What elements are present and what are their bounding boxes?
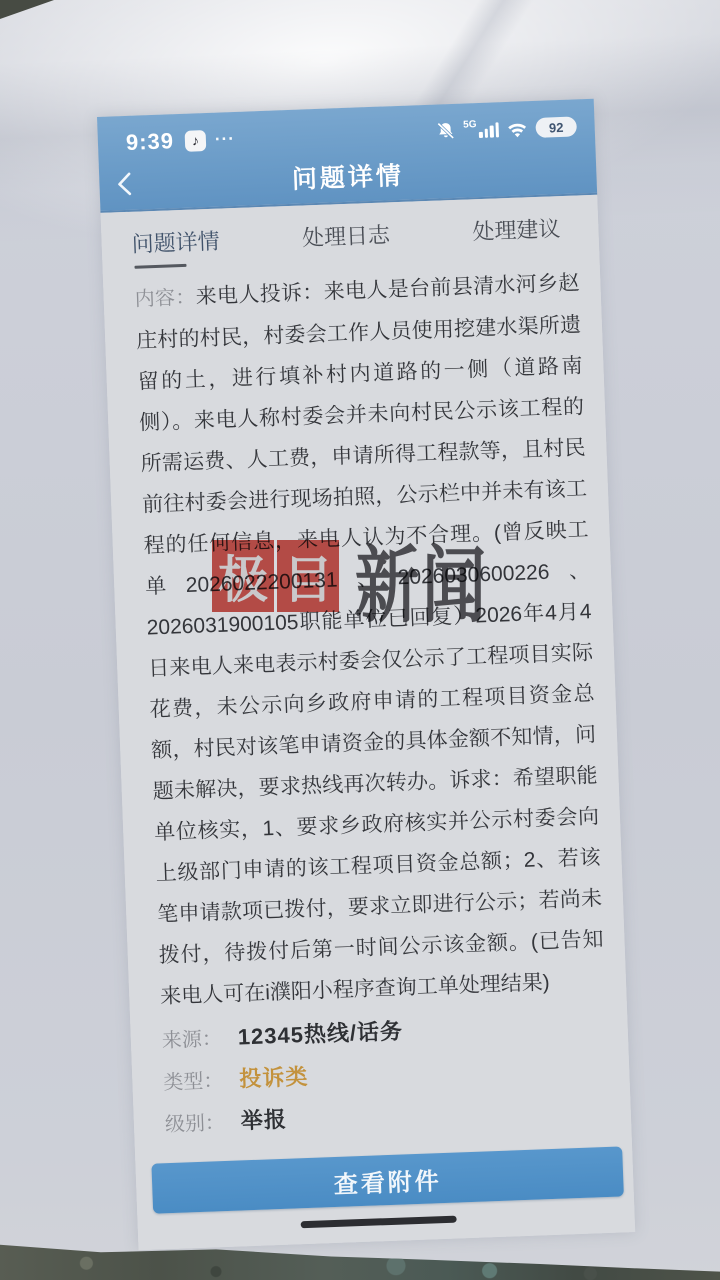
tab-label: 处理建议 [472, 216, 561, 244]
source-label: 来源： [161, 1021, 238, 1053]
meta-fields: 来源： 12345热线/话务 类型： 投诉类 级别： 举报 [130, 1000, 632, 1150]
phone-screenshot: 9:39 ♪ ··· 5G [97, 99, 635, 1250]
douyin-app-icon: ♪ [185, 130, 207, 152]
signal-bars [478, 122, 499, 138]
network-type-label: 5G [463, 119, 477, 130]
wifi-icon [505, 119, 529, 139]
tab-process-log[interactable]: 处理日志 [301, 218, 390, 262]
back-button[interactable] [115, 170, 138, 199]
battery-indicator: 92 [535, 116, 577, 137]
photo-corner-background [0, 0, 54, 19]
tab-label: 问题详情 [131, 229, 220, 257]
tab-problem-detail[interactable]: 问题详情 [131, 225, 220, 269]
home-indicator-bar[interactable] [300, 1216, 456, 1229]
tab-label: 处理日志 [302, 222, 391, 250]
back-chevron-icon [115, 171, 134, 198]
mute-bell-icon [434, 120, 457, 143]
type-label: 类型： [163, 1063, 240, 1095]
app-header: 9:39 ♪ ··· 5G [97, 99, 597, 213]
ground-background [0, 1238, 720, 1280]
content-text: 来电人投诉：来电人是台前县清水河乡赵庄村的村民，村委会工作人员使用挖建水渠所遗留… [136, 271, 604, 1008]
view-attachment-button[interactable]: 查看附件 [151, 1146, 624, 1213]
detail-page: 问题详情 处理日志 处理建议 内容：来电人投诉：来电人是台前县清水河乡赵庄村的村… [101, 195, 636, 1251]
clock-time: 9:39 [125, 128, 174, 156]
complaint-content: 内容：来电人投诉：来电人是台前县清水河乡赵庄村的村民，村委会工作人员使用挖建水渠… [103, 252, 627, 1019]
type-value: 投诉类 [239, 1060, 309, 1094]
content-field-label: 内容： [134, 287, 196, 311]
photographed-paper: 9:39 ♪ ··· 5G [0, 0, 720, 1280]
page-title: 问题详情 [291, 156, 404, 196]
source-value: 12345热线/话务 [237, 1014, 403, 1051]
status-icons: 5G 92 [434, 115, 577, 142]
level-value: 举报 [240, 1103, 287, 1136]
tab-process-advice[interactable]: 处理建议 [472, 212, 561, 256]
more-dots-icon: ··· [215, 129, 236, 150]
signal-bars-icon: 5G [463, 122, 499, 138]
level-label: 级别： [164, 1105, 241, 1137]
